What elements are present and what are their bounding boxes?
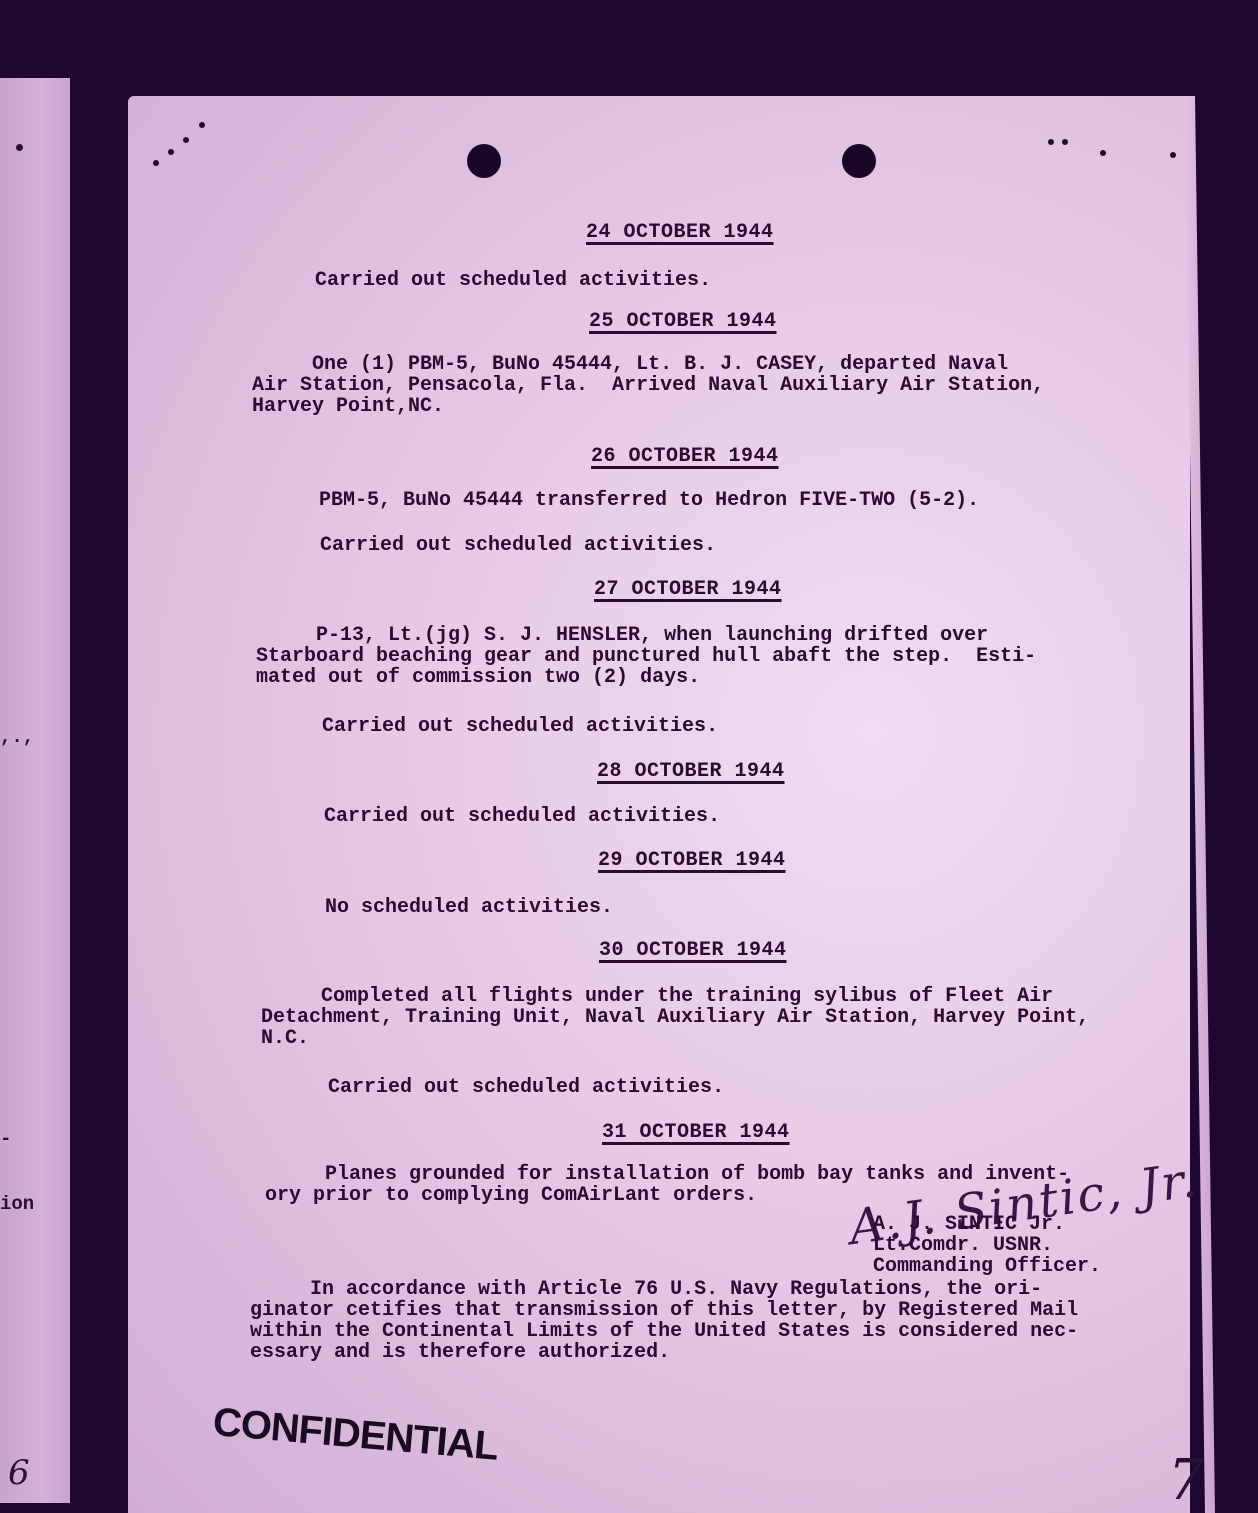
- entry-date: 29 OCTOBER 1944: [598, 849, 786, 872]
- entry-text: Carried out scheduled activities.: [324, 806, 720, 827]
- entry-text: PBM-5, BuNo 45444 transferred to Hedron …: [319, 490, 979, 511]
- punch-mark: [16, 144, 23, 151]
- signer-name: A. J. SINTIC Jr.: [873, 1214, 1065, 1235]
- entry-date: 27 OCTOBER 1944: [594, 578, 782, 601]
- authorization-text: In accordance with Article 76 U.S. Navy …: [250, 1279, 1078, 1363]
- entry-text: Carried out scheduled activities.: [320, 535, 716, 556]
- entry-text: P-13, Lt.(jg) S. J. HENSLER, when launch…: [256, 625, 1036, 688]
- left-page-text-fragment: ion: [0, 1193, 34, 1215]
- adjacent-page-fragment: ,., - ion 6: [0, 78, 70, 1503]
- entry-date: 24 OCTOBER 1944: [586, 221, 774, 244]
- entry-text: Carried out scheduled activities.: [315, 270, 711, 291]
- entry-text: Carried out scheduled activities.: [328, 1077, 724, 1098]
- entry-text: Carried out scheduled activities.: [322, 716, 718, 737]
- entry-text: One (1) PBM-5, BuNo 45444, Lt. B. J. CAS…: [252, 354, 1044, 417]
- signer-rank: Lt.Comdr. USNR.: [873, 1235, 1053, 1256]
- document-body: 24 OCTOBER 1944 Carried out scheduled ac…: [128, 96, 1190, 1513]
- signer-title: Commanding Officer.: [873, 1256, 1101, 1277]
- entry-date: 28 OCTOBER 1944: [597, 760, 785, 783]
- entry-date: 26 OCTOBER 1944: [591, 445, 779, 468]
- left-page-text-fragment: -: [0, 1128, 11, 1150]
- left-page-text-fragment: ,.,: [0, 726, 34, 748]
- entry-date: 25 OCTOBER 1944: [589, 310, 777, 333]
- entry-date: 31 OCTOBER 1944: [602, 1121, 790, 1144]
- entry-text: No scheduled activities.: [325, 897, 613, 918]
- document-page: 24 OCTOBER 1944 Carried out scheduled ac…: [128, 96, 1190, 1513]
- left-page-number: 6: [8, 1453, 30, 1493]
- page-number: 7: [1168, 1448, 1204, 1513]
- entry-date: 30 OCTOBER 1944: [599, 939, 787, 962]
- entry-text: Completed all flights under the training…: [261, 986, 1089, 1049]
